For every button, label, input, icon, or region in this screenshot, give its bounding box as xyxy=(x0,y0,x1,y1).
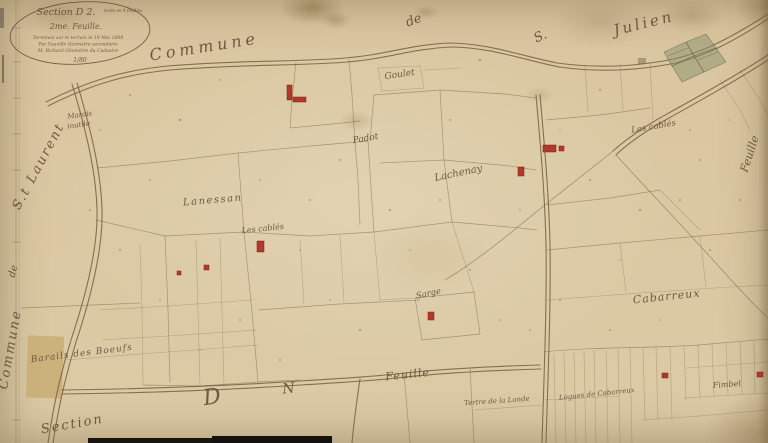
label-marais-line2: inutile xyxy=(67,119,91,130)
building-sarge xyxy=(428,312,434,320)
label-bottom-section: Section xyxy=(40,412,105,438)
label-top-commune: Commune xyxy=(148,29,260,65)
label-letter-n: N xyxy=(281,380,297,397)
label-les-cables-east: Les cablés xyxy=(629,117,677,136)
building-fimbel xyxy=(757,372,763,377)
boundary-lettering: Commune de S. Julien S.t Laurent de Comm… xyxy=(0,7,762,438)
building-small-west xyxy=(177,271,181,275)
label-top-de: de xyxy=(404,11,424,31)
building-goulet-wing xyxy=(293,97,306,102)
cartouche-scale: 1/80 xyxy=(73,57,87,64)
label-padot: Padot xyxy=(351,132,380,147)
label-logues: Logues de Cabarreux xyxy=(558,386,636,402)
building-lachenay-north xyxy=(543,145,556,152)
building-lachenay-annex xyxy=(559,146,564,151)
cadastral-map-sheet: Section D 2. levée en 4 feuilles 2me. Fe… xyxy=(0,0,768,443)
map-svg: Section D 2. levée en 4 feuilles 2me. Fe… xyxy=(0,0,768,443)
cartouche-title: Section D 2. xyxy=(37,7,96,18)
cartouche: Section D 2. levée en 4 feuilles 2me. Fe… xyxy=(8,0,152,69)
label-top-julien: Julien xyxy=(609,7,676,40)
cartouche-sheet: 2me. Feuille. xyxy=(49,22,102,31)
cartouche-title-note: levée en 4 feuilles xyxy=(104,8,142,13)
place-lettering: Marais inutile Lanessan Les cablés Padot… xyxy=(29,68,741,407)
label-goulet: Goulet xyxy=(384,68,416,82)
cartouche-note3: M. Richard Géomètre du Cadastre xyxy=(37,47,119,54)
label-cabarreux: Cabarreux xyxy=(632,287,701,307)
label-letter-d: D xyxy=(201,384,223,411)
building-goulet xyxy=(287,85,292,100)
label-left-de: de xyxy=(7,264,21,279)
building-les-cables xyxy=(257,241,264,252)
label-left-commune: Commune xyxy=(0,308,25,390)
label-top-saint: S. xyxy=(532,27,550,46)
label-sarge: Sarge xyxy=(415,287,442,302)
label-fimbel: Fimbel xyxy=(711,379,741,390)
label-lanessan: Lanessan xyxy=(182,192,243,208)
label-bottom-feuille: Feuille xyxy=(384,366,431,384)
parcel-lines xyxy=(22,59,768,443)
label-tertre: Tertre de la Lande xyxy=(464,395,530,408)
label-right-feuille: Feuille xyxy=(737,134,761,175)
cartouche-note1: Terminée sur le terrain le 19 Mai 1808 xyxy=(33,34,124,41)
paper-specks xyxy=(89,59,741,361)
building-lanessan-small xyxy=(204,265,209,270)
building-strip-parcels xyxy=(662,373,668,378)
bottom-dark-band xyxy=(88,436,332,443)
building-lachenay-south xyxy=(518,167,524,176)
green-parcels xyxy=(638,34,726,82)
cartouche-note2: Par Sauville Géomètre secondaire xyxy=(37,41,117,48)
label-lachenay: Lachenay xyxy=(433,163,484,184)
